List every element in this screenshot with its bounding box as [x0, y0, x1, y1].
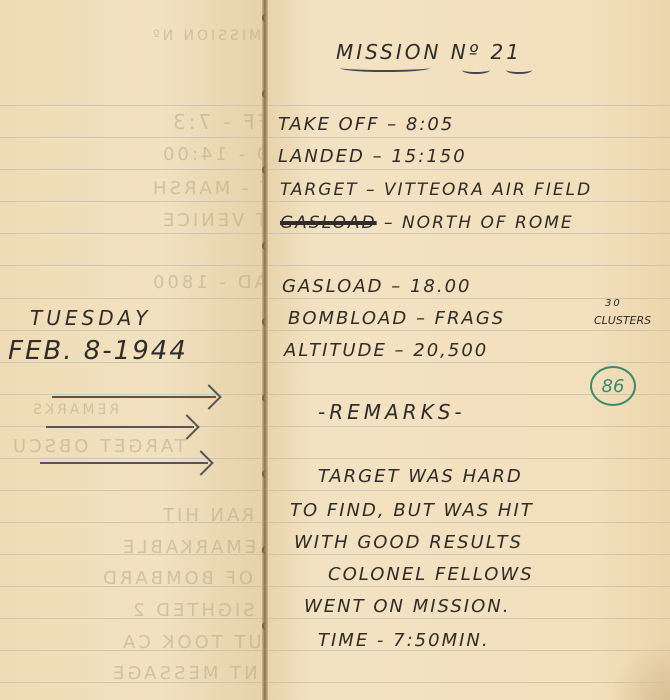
- stitch: [262, 166, 269, 174]
- remarks-line: COLONEL FELLOWS: [328, 564, 534, 585]
- rule-line: [0, 105, 266, 106]
- takeoff-label: TAKE OFF: [278, 114, 379, 135]
- bombload-label: BOMBLOAD: [288, 308, 408, 329]
- title-underline: [506, 66, 532, 74]
- stitch: [262, 470, 269, 478]
- altitude-label: ALTITUDE: [284, 340, 387, 361]
- bombload-value: FRAGS: [435, 308, 506, 329]
- altitude-value: 20,500: [413, 340, 488, 361]
- rule-line: [266, 137, 670, 138]
- rule-line: [266, 554, 670, 555]
- takeoff-line: TAKE OFF – 8:05: [278, 114, 454, 135]
- rule-line: [266, 490, 670, 491]
- rule-line: [266, 201, 670, 202]
- bombload-line: BOMBLOAD – FRAGS: [288, 308, 505, 329]
- mission-title: MISSION Nº 21: [336, 40, 522, 64]
- landed-value: 15:150: [391, 146, 466, 167]
- struck-word: GASLOAD: [280, 213, 377, 233]
- landed-line: LANDED – 15:150: [278, 146, 467, 167]
- stitch: [262, 546, 269, 554]
- dash: –: [384, 276, 410, 297]
- left-page: MISSION Nº TAKE OFF - 7:3 LANDED - 14:00…: [0, 0, 266, 700]
- altitude-line: ALTITUDE – 20,500: [284, 340, 488, 361]
- date-label: FEB. 8-1944: [8, 336, 188, 366]
- bleed-through-text: SIGHTED 2: [130, 600, 255, 621]
- rule-line: [0, 330, 266, 331]
- gasload-line: GASLOAD – 18.00: [282, 276, 472, 297]
- day-label: TUESDAY: [30, 306, 152, 330]
- target-location-value: NORTH OF ROME: [402, 213, 574, 233]
- stitch: [262, 318, 269, 326]
- rule-line: [266, 169, 670, 170]
- bleed-through-text: OF BOMBARD: [100, 568, 253, 589]
- target-line: TARGET – VITTEORA AIR FIELD: [280, 180, 592, 200]
- arrow-icon: [52, 396, 216, 398]
- bombload-note: CLUSTERS: [594, 314, 651, 327]
- target-location-line: GASLOAD – NORTH OF ROME: [280, 213, 574, 233]
- rule-line: [266, 586, 670, 587]
- bleed-through-text: MISSION Nº: [150, 28, 261, 44]
- arrow-icon: [46, 426, 194, 428]
- rule-line: [266, 265, 670, 266]
- bleed-through-text: REMARKS: [30, 402, 119, 418]
- dash: –: [387, 340, 413, 361]
- remarks-line: WITH GOOD RESULTS: [294, 532, 523, 553]
- bleed-through-text: REMARKABLE: [120, 537, 272, 558]
- rule-line: [0, 233, 266, 234]
- dash: –: [359, 180, 384, 200]
- rule-line: [0, 458, 266, 459]
- rule-line: [0, 490, 266, 491]
- landed-label: LANDED: [278, 146, 365, 167]
- remarks-line: TO FIND, BUT WAS HIT: [290, 500, 534, 521]
- remarks-heading: -REMARKS-: [318, 400, 466, 424]
- remarks-line: WENT ON MISSION.: [304, 596, 510, 617]
- rule-line: [266, 458, 670, 459]
- rule-line: [266, 682, 670, 683]
- stitch: [262, 14, 269, 22]
- rule-line: [266, 330, 670, 331]
- stitch: [262, 242, 269, 250]
- stitch: [262, 394, 269, 402]
- arrow-icon: [40, 462, 208, 464]
- rule-line: [266, 105, 670, 106]
- rule-line: [0, 394, 266, 395]
- circled-page-number: 86: [590, 366, 636, 406]
- notebook-spine: [262, 0, 268, 700]
- rule-line: [266, 618, 670, 619]
- rule-line: [0, 137, 266, 138]
- rule-line: [266, 426, 670, 427]
- gasload-value: 18.00: [410, 276, 472, 297]
- rule-line: [266, 362, 670, 363]
- rule-line: [0, 169, 266, 170]
- takeoff-value: 8:05: [406, 114, 454, 135]
- rule-line: [0, 201, 266, 202]
- dash: –: [365, 146, 391, 167]
- bleed-through-text: RAN HIT: [160, 505, 254, 526]
- rule-line: [0, 265, 266, 266]
- title-underline: [340, 64, 430, 72]
- dash: –: [379, 114, 405, 135]
- dash: –: [377, 213, 402, 233]
- remarks-line: TIME - 7:50MIN.: [318, 630, 490, 651]
- bleed-through-text: TARGET OBSCU: [10, 436, 186, 457]
- rule-line: [266, 233, 670, 234]
- remarks-line: TARGET WAS HARD: [318, 466, 523, 487]
- bleed-through-text: LENT MESSAGE: [110, 663, 285, 684]
- title-underline: [462, 66, 490, 74]
- rule-line: [266, 522, 670, 523]
- rule-line: [0, 298, 266, 299]
- stitch: [262, 622, 269, 630]
- target-value: VITTEORA AIR FIELD: [384, 180, 592, 200]
- target-label: TARGET: [280, 180, 359, 200]
- stitch: [262, 90, 269, 98]
- bombload-count: 30: [605, 298, 622, 309]
- gasload-label: GASLOAD: [282, 276, 384, 297]
- bleed-through-text: BUT TOOK CA: [120, 632, 277, 653]
- dash: –: [408, 308, 434, 329]
